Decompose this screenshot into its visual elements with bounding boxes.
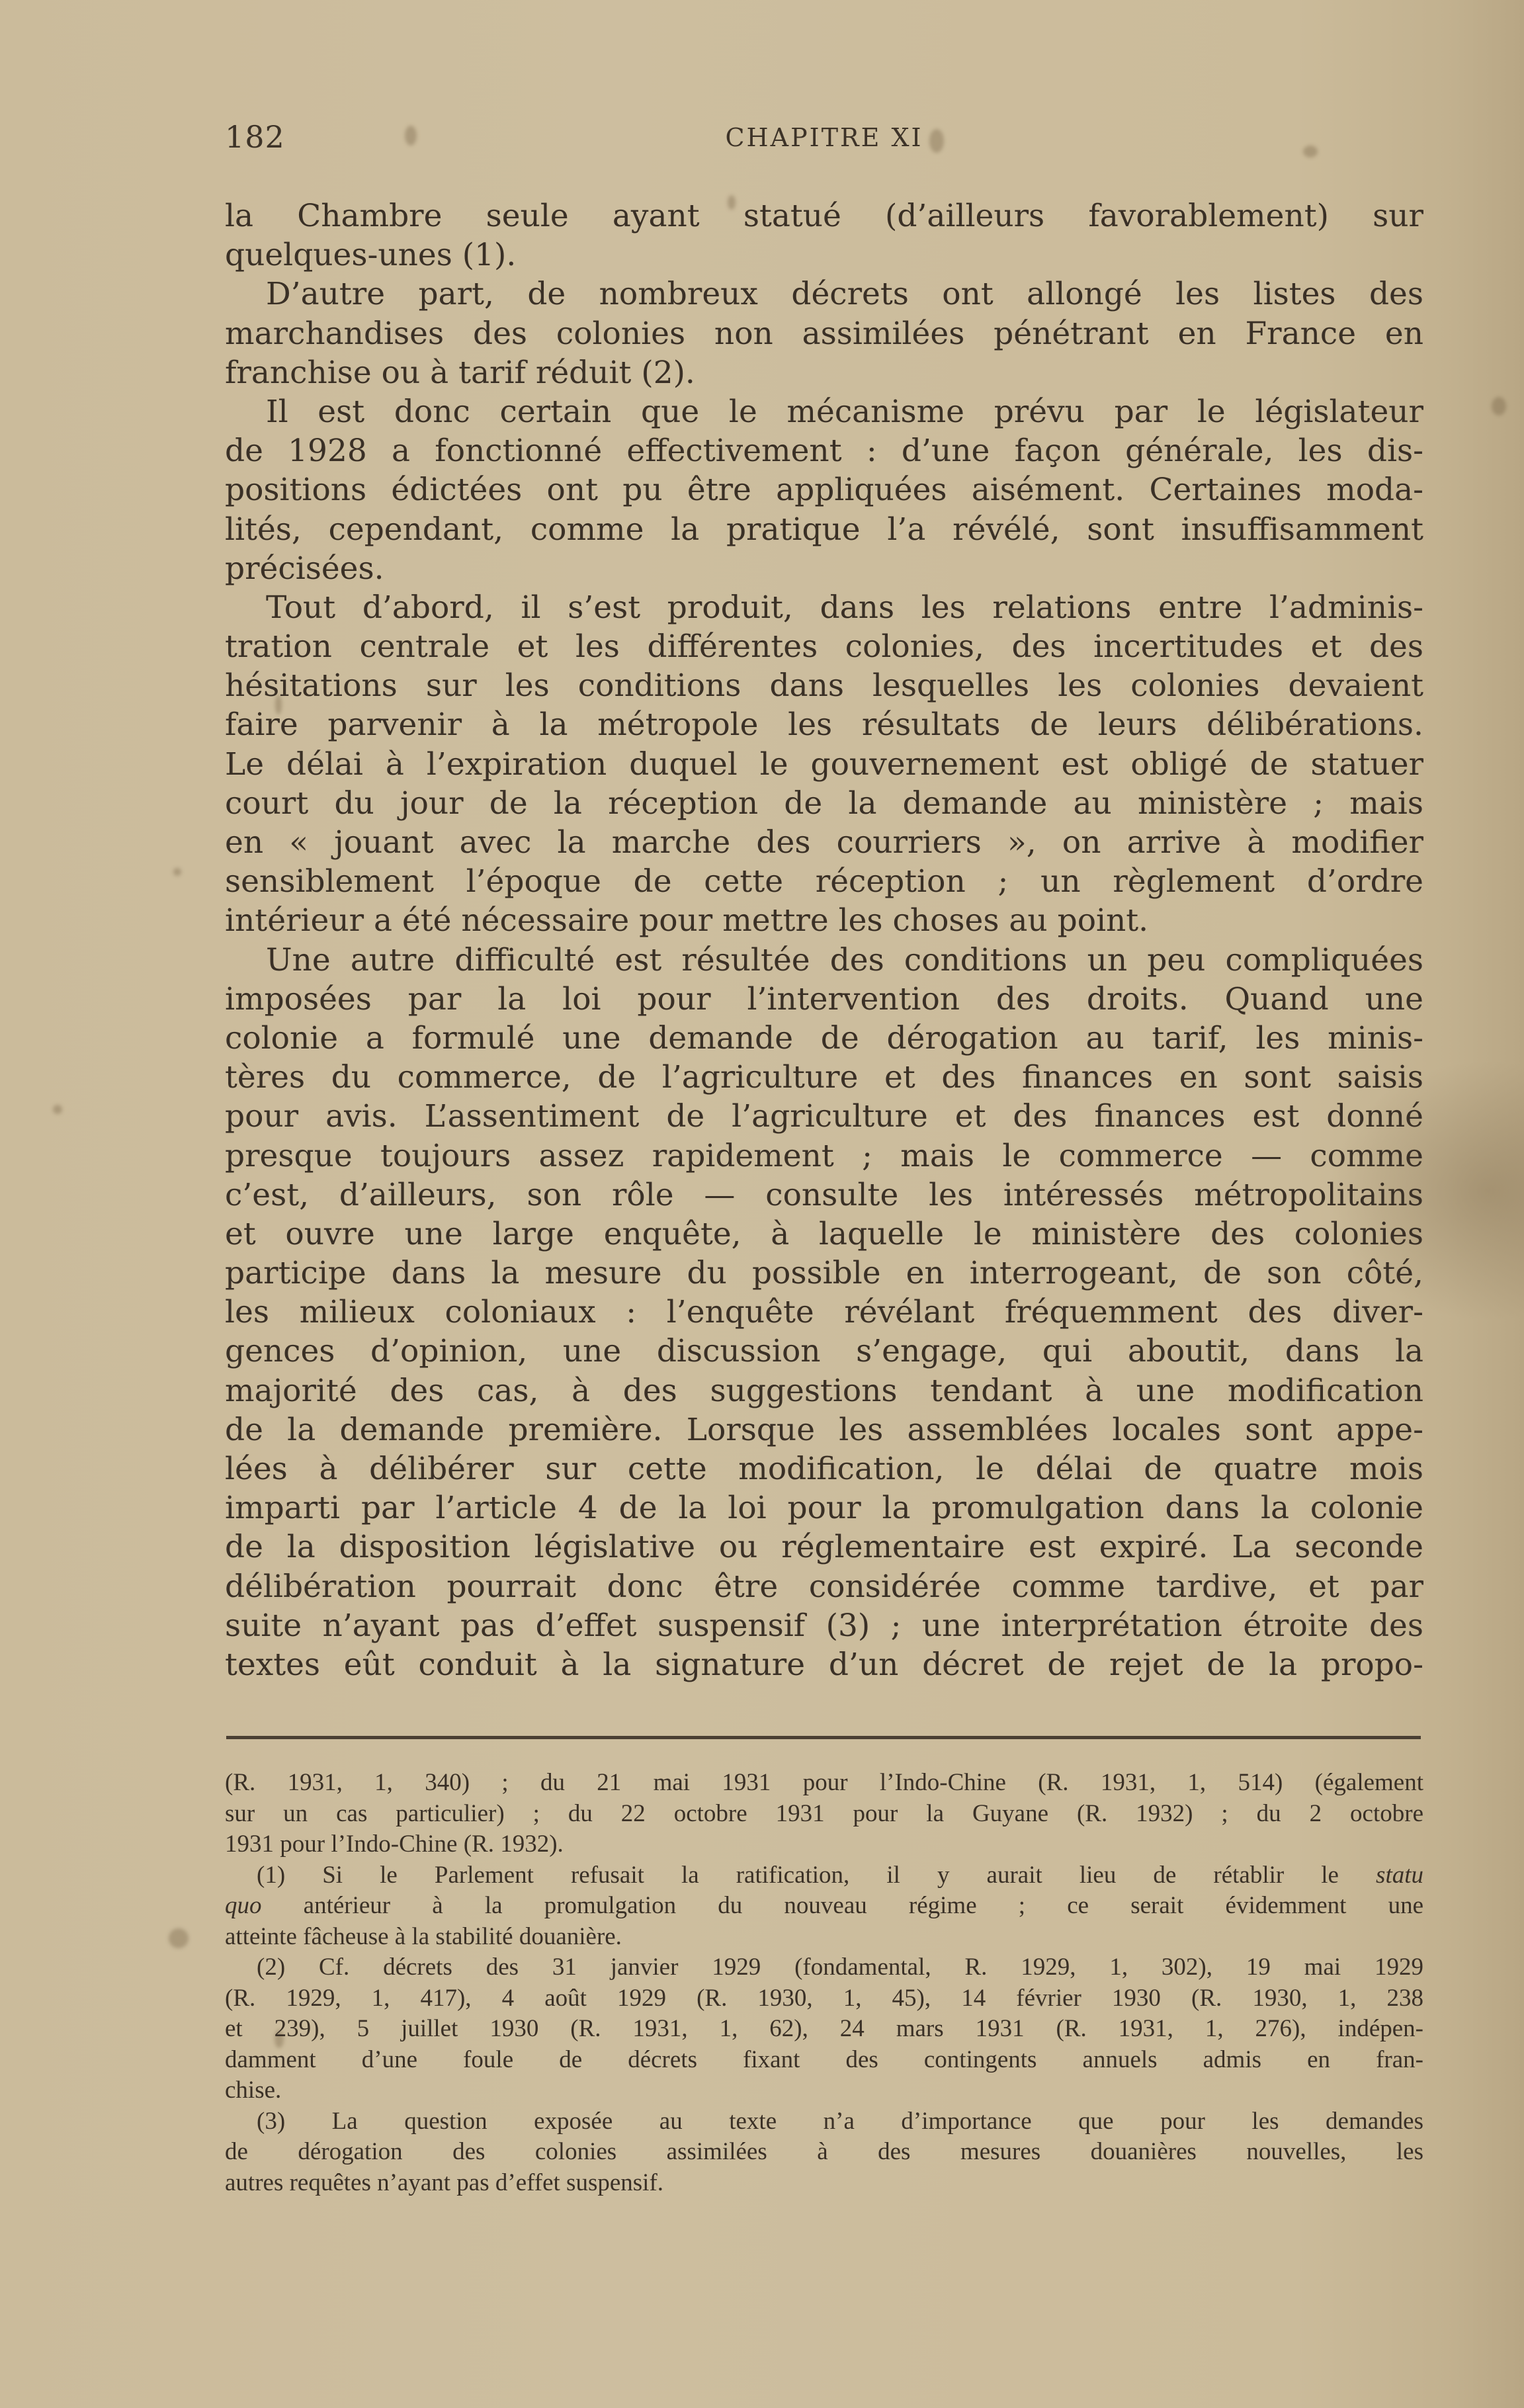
text-line: de la demande première. Lorsque les asse… <box>225 1410 1423 1449</box>
paper-stain <box>1492 397 1506 415</box>
text-line: Une autre difficulté est résultée des co… <box>225 941 1423 980</box>
footnote-line: (R. 1931, 1, 340) ; du 21 mai 1931 pour … <box>225 1768 1423 1799</box>
footnote-text: (1) Si le Parlement refusait la ratifica… <box>257 1862 1339 1889</box>
text-line: pour avis. L’assentiment de l’agricultur… <box>225 1097 1423 1136</box>
text-line: précisées. <box>225 549 1423 588</box>
footnote-line: (1) Si le Parlement refusait la ratifica… <box>225 1860 1423 1891</box>
paragraph: Il est donc certain que le mécanisme pré… <box>225 392 1423 588</box>
footnote-separator-rule <box>226 1736 1421 1739</box>
text-line: en « jouant avec la marche des courriers… <box>225 823 1423 862</box>
text-line: textes eût conduit à la signature d’un d… <box>225 1645 1423 1684</box>
text-line: Le délai à l’expiration duquel le gouver… <box>225 745 1423 784</box>
footnote-line: de dérogation des colonies assimilées à … <box>225 2137 1423 2168</box>
text-line: marchandises des colonies non assimilées… <box>225 314 1423 353</box>
text-line: quelques-unes (1). <box>225 236 1423 275</box>
text-line: positions édictées ont pu être appliquée… <box>225 470 1423 509</box>
text-line: D’autre part, de nombreux décrets ont al… <box>225 275 1423 314</box>
footnote-line: atteinte fâcheuse à la stabilité douaniè… <box>225 1922 1423 1953</box>
footnote-1: (1) Si le Parlement refusait la ratifica… <box>225 1860 1423 1953</box>
footnote-line: (2) Cf. décrets des 31 janvier 1929 (fon… <box>225 1952 1423 1983</box>
footnote-line: quo antérieur à la promulgation du nouve… <box>225 1891 1423 1922</box>
footnote-italic-text: quo <box>225 1892 262 1919</box>
footnote-line: (R. 1929, 1, 417), 4 août 1929 (R. 1930,… <box>225 1983 1423 2014</box>
text-line: colonie a formulé une demande de dérogat… <box>225 1019 1423 1058</box>
text-line: intérieur a été nécessaire pour mettre l… <box>225 901 1423 940</box>
paper-stain <box>169 1928 189 1948</box>
paragraph: Tout d’abord, il s’est produit, dans les… <box>225 588 1423 941</box>
text-line: faire parvenir à la métropole les résult… <box>225 705 1423 744</box>
footnote-line: (3) La question exposée au texte n’a d’i… <box>225 2106 1423 2137</box>
chapter-title: CHAPITRE XI <box>225 123 1423 152</box>
paper-stain <box>173 868 181 876</box>
footnote-line: chise. <box>225 2075 1423 2106</box>
footnote-text: antérieur à la promulgation du nouveau r… <box>262 1892 1424 1919</box>
text-line: sensiblement l’époque de cette réception… <box>225 862 1423 901</box>
footnote-3: (3) La question exposée au texte n’a d’i… <box>225 2106 1423 2199</box>
text-line: franchise ou à tarif réduit (2). <box>225 353 1423 392</box>
footnote-italic-text: statu <box>1376 1862 1423 1889</box>
running-header: 182 CHAPITRE XI <box>225 119 1423 165</box>
text-line: hésitations sur les conditions dans lesq… <box>225 666 1423 705</box>
paragraph: D’autre part, de nombreux décrets ont al… <box>225 275 1423 392</box>
footnote-line: et 239), 5 juillet 1930 (R. 1931, 1, 62)… <box>225 2014 1423 2045</box>
text-line: c’est, d’ailleurs, son rôle — consulte l… <box>225 1176 1423 1215</box>
footnotes: (R. 1931, 1, 340) ; du 21 mai 1931 pour … <box>225 1768 1423 2198</box>
paragraph: la Chambre seule ayant statué (d’ailleur… <box>225 196 1423 275</box>
text-line: gences d’opinion, une discussion s’engag… <box>225 1332 1423 1371</box>
footnote-line: damment d’une foule de décrets fixant de… <box>225 2045 1423 2076</box>
text-line: de la disposition législative ou régleme… <box>225 1527 1423 1567</box>
text-line: tration centrale et les différentes colo… <box>225 627 1423 666</box>
text-line: majorité des cas, à des suggestions tend… <box>225 1371 1423 1410</box>
paper-stain <box>53 1105 62 1114</box>
paragraph: Une autre difficulté est résultée des co… <box>225 941 1423 1685</box>
text-line: tères du commerce, de l’agriculture et d… <box>225 1058 1423 1097</box>
text-line: lités, cependant, comme la pratique l’a … <box>225 510 1423 549</box>
text-line: lées à délibérer sur cette modification,… <box>225 1449 1423 1488</box>
footnote-continuation: (R. 1931, 1, 340) ; du 21 mai 1931 pour … <box>225 1768 1423 1860</box>
text-line: délibération pourrait donc être considér… <box>225 1567 1423 1606</box>
main-text: la Chambre seule ayant statué (d’ailleur… <box>225 196 1423 1684</box>
text-line: participe dans la mesure du possible en … <box>225 1254 1423 1293</box>
text-line: imposées par la loi pour l’intervention … <box>225 980 1423 1019</box>
text-line: la Chambre seule ayant statué (d’ailleur… <box>225 196 1423 236</box>
text-line: suite n’ayant pas d’effet suspensif (3) … <box>225 1606 1423 1645</box>
text-line: de 1928 a fonctionné effectivement : d’u… <box>225 431 1423 470</box>
footnote-2: (2) Cf. décrets des 31 janvier 1929 (fon… <box>225 1952 1423 2106</box>
text-line: et ouvre une large enquête, à laquelle l… <box>225 1215 1423 1254</box>
text-line: court du jour de la réception de la dema… <box>225 784 1423 823</box>
text-line: les milieux coloniaux : l’enquête révéla… <box>225 1293 1423 1332</box>
text-line: Tout d’abord, il s’est produit, dans les… <box>225 588 1423 627</box>
text-line: presque toujours assez rapidement ; mais… <box>225 1137 1423 1176</box>
text-line: imparti par l’article 4 de la loi pour l… <box>225 1488 1423 1527</box>
footnote-line: 1931 pour l’Indo-Chine (R. 1932). <box>225 1829 1423 1860</box>
footnote-line: sur un cas particulier) ; du 22 octobre … <box>225 1799 1423 1830</box>
text-line: Il est donc certain que le mécanisme pré… <box>225 392 1423 431</box>
footnote-line: autres requêtes n’ayant pas d’effet susp… <box>225 2168 1423 2199</box>
